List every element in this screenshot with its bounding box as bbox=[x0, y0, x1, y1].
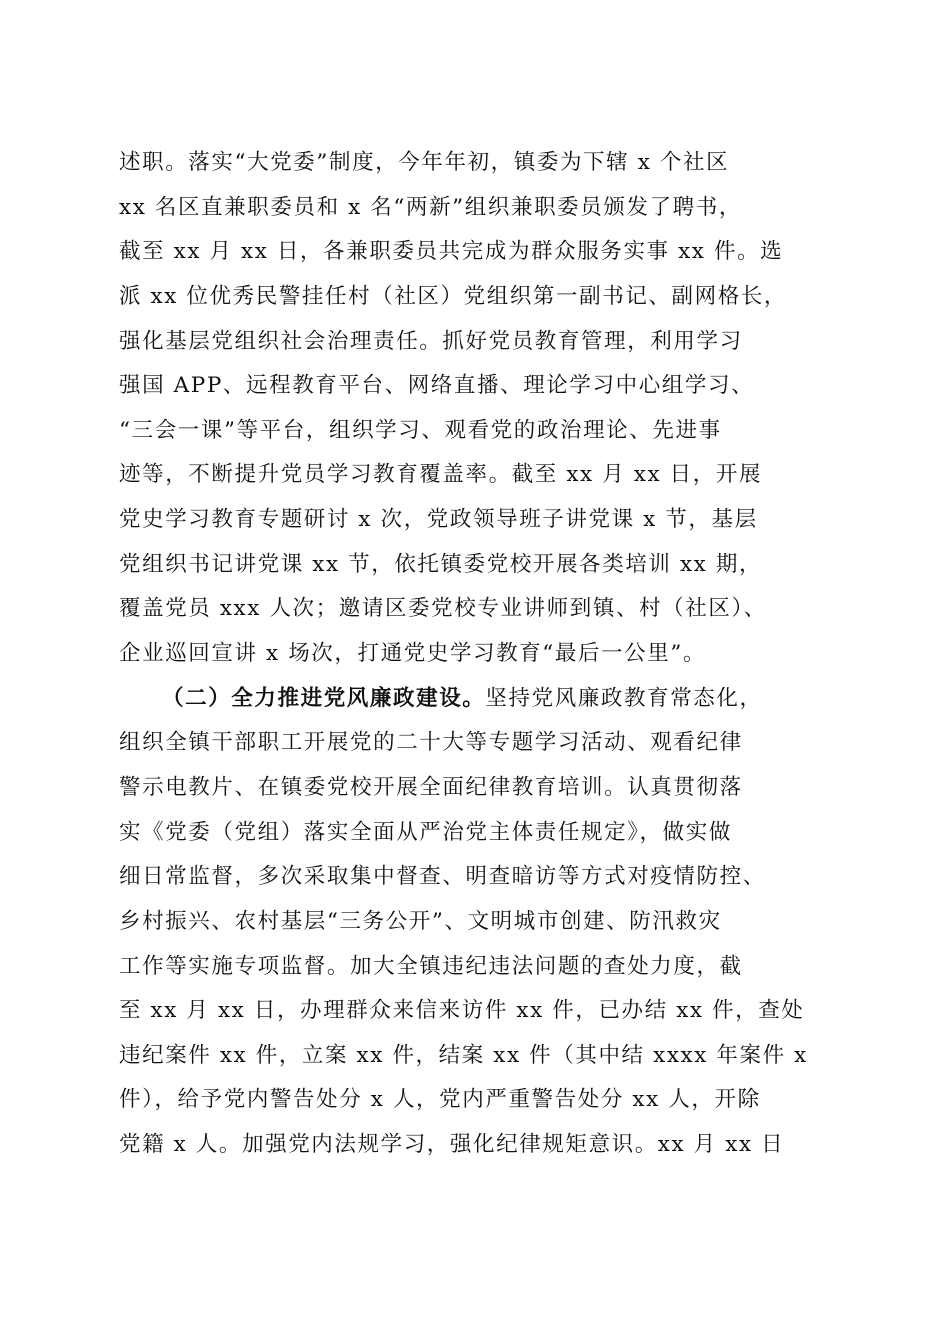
section-heading-rest: 坚持党风廉政教育常态化， bbox=[485, 686, 762, 711]
paragraph-line: 党史学习教育专题研讨 x 次，党政领导班子讲党课 x 节，基层 bbox=[119, 498, 841, 543]
paragraph-line: 企业巡回宣讲 x 场次，打通党史学习教育“最后一公里”。 bbox=[119, 632, 841, 677]
paragraph-line: 至 xx 月 xx 日，办理群众来信来访件 xx 件，已办结 xx 件，查处 bbox=[119, 989, 841, 1034]
paragraph-line: 实《党委（党组）落实全面从严治党主体责任规定》，做实做 bbox=[119, 811, 841, 856]
paragraph-line: 组织全镇干部职工开展党的二十大等专题学习活动、观看纪律 bbox=[119, 721, 841, 766]
paragraph-line: 违纪案件 xx 件，立案 xx 件，结案 xx 件（其中结 xxxx 年案件 x bbox=[119, 1034, 841, 1079]
section-heading: （二）全力推进党风廉政建设。 bbox=[162, 686, 485, 711]
paragraph-line: 截至 xx 月 xx 日，各兼职委员共完成为群众服务实事 xx 件。选 bbox=[119, 230, 841, 275]
paragraph-line: 述职。落实“大党委”制度，今年年初，镇委为下辖 x 个社区 bbox=[119, 141, 841, 186]
paragraph-line: 工作等实施专项监督。加大全镇违纪违法问题的查处力度，截 bbox=[119, 945, 841, 990]
paragraph-line: 覆盖党员 xxx 人次；邀请区委党校专业讲师到镇、村（社区）、 bbox=[119, 587, 841, 632]
paragraph-line: 党组织书记讲党课 xx 节，依托镇委党校开展各类培训 xx 期， bbox=[119, 543, 841, 588]
document-page: 述职。落实“大党委”制度，今年年初，镇委为下辖 x 个社区 xx 名区直兼职委员… bbox=[119, 141, 841, 1168]
paragraph-line: “三会一课”等平台，组织学习、观看党的政治理论、先进事 bbox=[119, 409, 841, 454]
paragraph-line: xx 名区直兼职委员和 x 名“两新”组织兼职委员颁发了聘书， bbox=[119, 186, 841, 231]
paragraph-line: 件），给予党内警告处分 x 人，党内严重警告处分 xx 人，开除 bbox=[119, 1078, 841, 1123]
paragraph-line: 强国 APP、远程教育平台、网络直播、理论学习中心组学习、 bbox=[119, 364, 841, 409]
paragraph-line: 警示电教片、在镇委党校开展全面纪律教育培训。认真贯彻落 bbox=[119, 766, 841, 811]
paragraph-line: 迹等，不断提升党员学习教育覆盖率。截至 xx 月 xx 日，开展 bbox=[119, 453, 841, 498]
paragraph-line: 派 xx 位优秀民警挂任村（社区）党组织第一副书记、副网格长， bbox=[119, 275, 841, 320]
paragraph-line: 党籍 x 人。加强党内法规学习，强化纪律规矩意识。xx 月 xx 日 bbox=[119, 1123, 841, 1168]
paragraph-line: 细日常监督，多次采取集中督查、明查暗访等方式对疫情防控、 bbox=[119, 855, 841, 900]
paragraph-line: 乡村振兴、农村基层“三务公开”、文明城市创建、防汛救灾 bbox=[119, 900, 841, 945]
paragraph-line: 强化基层党组织社会治理责任。抓好党员教育管理，利用学习 bbox=[119, 320, 841, 365]
section-heading-line: （二）全力推进党风廉政建设。坚持党风廉政教育常态化， bbox=[119, 677, 841, 722]
